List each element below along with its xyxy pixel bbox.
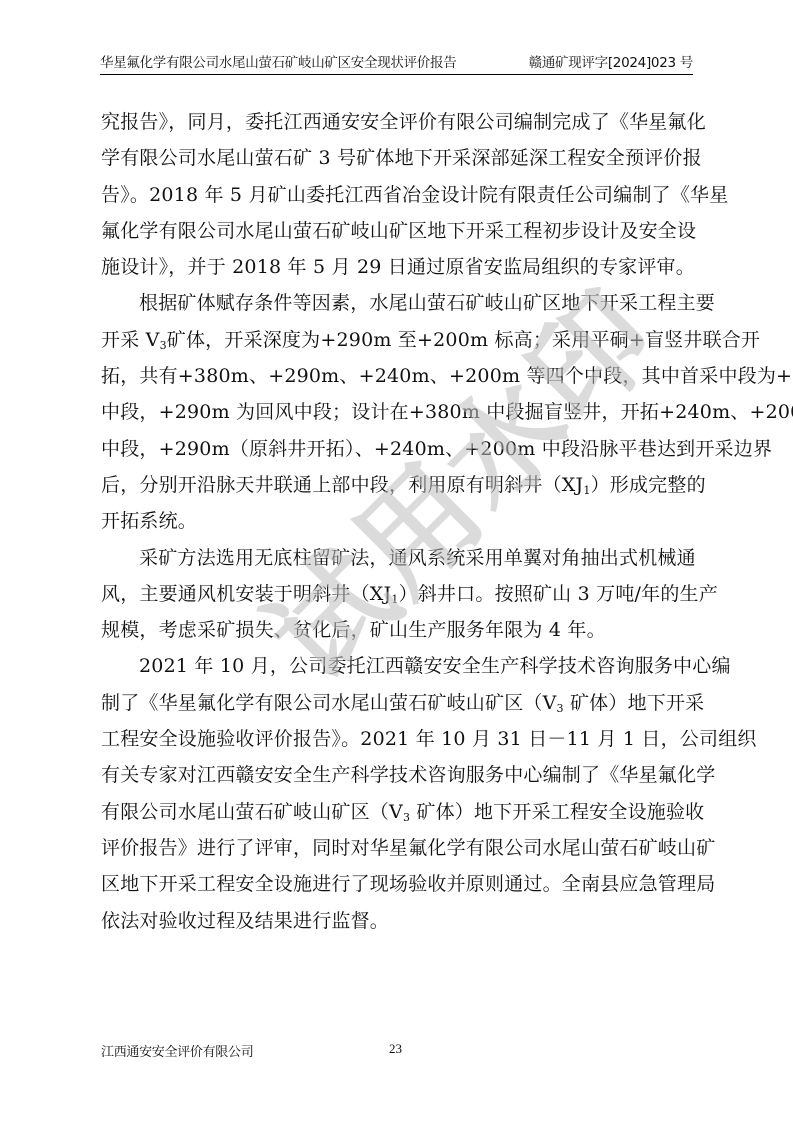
footer-company: 江西通安安全评价有限公司 bbox=[101, 1041, 253, 1060]
text-fragment: 制了《华星氟化学有限公司水尾山萤石矿岐山矿区（V bbox=[101, 692, 557, 714]
text-line: 评价报告》进行了评审，同时对华星氟化学有限公司水尾山萤石矿岐山矿 bbox=[101, 830, 695, 866]
paragraph-development: 根据矿体赋存条件等因素，水尾山萤石矿岐山矿区地下开采工程主要 开采 V3矿体，开… bbox=[101, 285, 695, 539]
text-line: 有限公司水尾山萤石矿岐山矿区（V3 矿体）地下开采工程安全设施验收 bbox=[101, 794, 695, 830]
text-line: 开拓系统。 bbox=[101, 503, 695, 539]
paragraph-history: 究报告》，同月，委托江西通安安全评价有限公司编制完成了《华星氟化 学有限公司水尾… bbox=[101, 104, 695, 285]
text-fragment: 风，主要通风机安装于明斜井（XJ bbox=[101, 583, 391, 605]
text-line: 工程安全设施验收评价报告》。2021 年 10 月 31 日－11 月 1 日，… bbox=[101, 721, 695, 757]
text-line: 依法对验收过程及结果进行监督。 bbox=[101, 903, 695, 939]
paragraph-mining-method: 采矿方法选用无底柱留矿法，通风系统采用单翼对角抽出式机械通 风，主要通风机安装于… bbox=[101, 540, 695, 649]
page-header: 华星氟化学有限公司水尾山萤石矿岐山矿区安全现状评价报告 赣通矿现评字[2024]… bbox=[100, 54, 693, 75]
text-line: 拓，共有+380m、+290m、+240m、+200m 等四个中段，其中首采中段… bbox=[101, 358, 695, 394]
text-line: 学有限公司水尾山萤石矿 3 号矿体地下开采深部延深工程安全预评价报 bbox=[101, 140, 695, 176]
text-fragment: ）斜井口。按照矿山 3 万吨/年的生产 bbox=[399, 583, 718, 605]
text-fragment: ）形成完整的 bbox=[591, 474, 706, 496]
text-fragment: 有限公司水尾山萤石矿岐山矿区（V bbox=[101, 801, 403, 823]
text-fragment: 矿体）地下开采工程安全设施验收 bbox=[410, 801, 704, 823]
text-fragment: 开采 V bbox=[101, 329, 160, 351]
text-line: 施设计》，并于 2018 年 5 月 29 日通过原省安监局组织的专家评审。 bbox=[101, 249, 695, 285]
text-line: 开采 V3矿体，开采深度为+290m 至+200m 标高；采用平硐+盲竖井联合开 bbox=[101, 322, 695, 358]
text-line: 氟化学有限公司水尾山萤石矿岐山矿区地下开采工程初步设计及安全设 bbox=[101, 213, 695, 249]
document-body: 究报告》，同月，委托江西通安安全评价有限公司编制完成了《华星氟化 学有限公司水尾… bbox=[101, 104, 695, 939]
page-number: 23 bbox=[389, 1041, 402, 1057]
text-line: 风，主要通风机安装于明斜井（XJ1）斜井口。按照矿山 3 万吨/年的生产 bbox=[101, 576, 695, 612]
text-line: 究报告》，同月，委托江西通安安全评价有限公司编制完成了《华星氟化 bbox=[101, 104, 695, 140]
text-line: 规模，考虑采矿损失、贫化后，矿山生产服务年限为 4 年。 bbox=[101, 612, 695, 648]
text-fragment: 矿体，开采深度为+290m 至+200m 标高；采用平硐+盲竖井联合开 bbox=[167, 329, 760, 351]
subscript: 3 bbox=[160, 339, 167, 352]
text-line: 后，分别开沿脉天井联通上部中段，利用原有明斜井（XJ1）形成完整的 bbox=[101, 467, 695, 503]
text-fragment: 后，分别开沿脉天井联通上部中段，利用原有明斜井（XJ bbox=[101, 474, 583, 496]
document-number: 赣通矿现评字[2024]023 号 bbox=[529, 51, 693, 71]
report-title: 华星氟化学有限公司水尾山萤石矿岐山矿区安全现状评价报告 bbox=[100, 51, 456, 71]
text-fragment: 矿体）地下开采 bbox=[564, 692, 705, 714]
text-line: 有关专家对江西赣安安全生产科学技术咨询服务中心编制了《华星氟化学 bbox=[101, 757, 695, 793]
paragraph-acceptance: 2021 年 10 月，公司委托江西赣安安全生产科学技术咨询服务中心编 制了《华… bbox=[101, 648, 695, 938]
text-line: 中段，+290m（原斜井开拓）、+240m、+200m 中段沿脉平巷达到开采边界 bbox=[101, 431, 695, 467]
text-line: 制了《华星氟化学有限公司水尾山萤石矿岐山矿区（V3 矿体）地下开采 bbox=[101, 685, 695, 721]
text-line: 区地下开采工程安全设施进行了现场验收并原则通过。全南县应急管理局 bbox=[101, 866, 695, 902]
text-line: 中段，+290m 为回风中段；设计在+380m 中段掘盲竖井，开拓+240m、+… bbox=[101, 394, 695, 430]
subscript: 3 bbox=[557, 702, 564, 715]
subscript: 1 bbox=[583, 484, 590, 497]
page-footer: 江西通安安全评价有限公司 23 bbox=[101, 1041, 694, 1057]
text-line: 根据矿体赋存条件等因素，水尾山萤石矿岐山矿区地下开采工程主要 bbox=[101, 285, 695, 321]
text-line: 采矿方法选用无底柱留矿法，通风系统采用单翼对角抽出式机械通 bbox=[101, 540, 695, 576]
text-line: 2021 年 10 月，公司委托江西赣安安全生产科学技术咨询服务中心编 bbox=[101, 648, 695, 684]
subscript: 1 bbox=[391, 593, 398, 606]
text-line: 告》。2018 年 5 月矿山委托江西省冶金设计院有限责任公司编制了《华星 bbox=[101, 177, 695, 213]
